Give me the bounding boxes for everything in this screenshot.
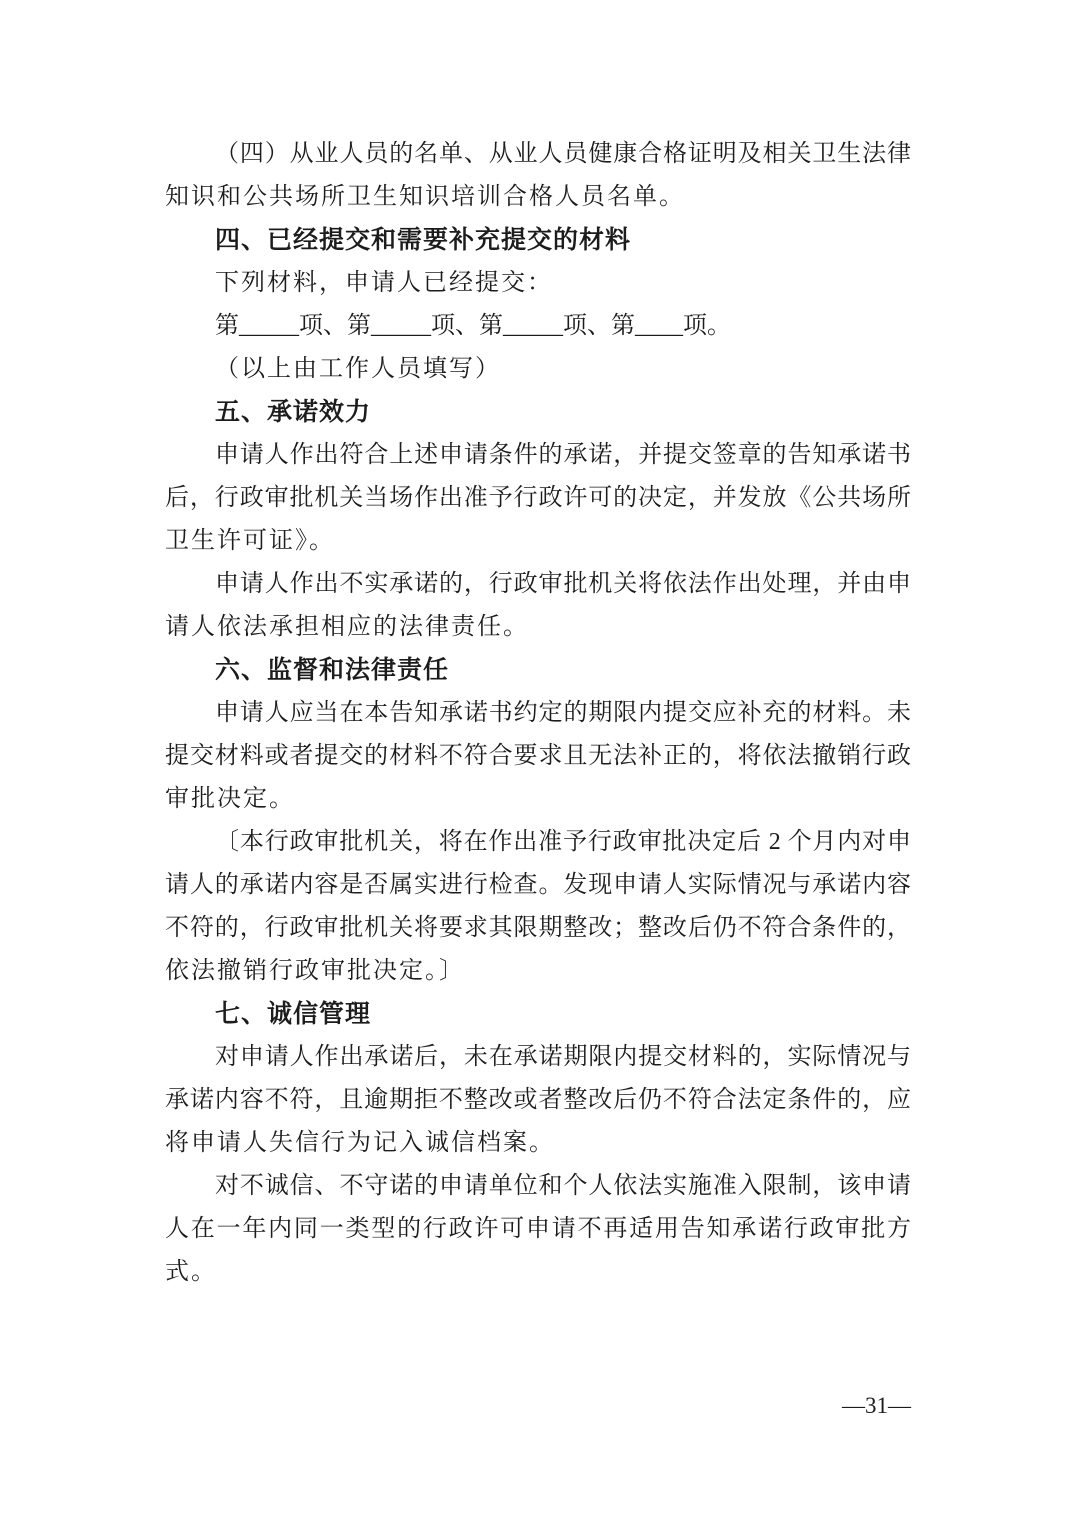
paragraph-item-4-line: （四）从业人员的名单、从业人员健康合格证明及相关卫生法律 (165, 133, 911, 176)
section-heading-7: 七、诚信管理 (165, 993, 911, 1036)
false-commitment-line: 请人依法承担相应的法律责任。 (165, 606, 911, 649)
supervision-line: 申请人应当在本告知承诺书约定的期限内提交应补充的材料。未 (165, 692, 911, 735)
section-heading-5: 五、承诺效力 (165, 391, 911, 434)
fill-in-blanks-line: 第_____项、第_____项、第_____项、第____项。 (165, 305, 911, 348)
staff-fill-note: （以上由工作人员填写） (165, 348, 911, 391)
access-restriction-line: 人在一年内同一类型的行政许可申请不再适用告知承诺行政审批方 (165, 1208, 911, 1251)
inspection-clause-line: 〔本行政审批机关，将在作出准予行政审批决定后 2 个月内对申 (165, 821, 911, 864)
paragraph-item-4-line: 知识和公共场所卫生知识培训合格人员名单。 (165, 176, 911, 219)
document-body: （四）从业人员的名单、从业人员健康合格证明及相关卫生法律 知识和公共场所卫生知识… (165, 133, 911, 1294)
inspection-clause-line: 依法撤销行政审批决定。〕 (165, 950, 911, 993)
integrity-management-line: 将申请人失信行为记入诚信档案。 (165, 1122, 911, 1165)
integrity-management-line: 承诺内容不符，且逾期拒不整改或者整改后仍不符合法定条件的，应 (165, 1079, 911, 1122)
access-restriction-line: 对不诚信、不守诺的申请单位和个人依法实施准入限制，该申请 (165, 1165, 911, 1208)
submitted-materials-intro: 下列材料，申请人已经提交： (165, 262, 911, 305)
commitment-effect-line: 申请人作出符合上述申请条件的承诺，并提交签章的告知承诺书 (165, 434, 911, 477)
access-restriction-line: 式。 (165, 1251, 911, 1294)
page-number: —31— (842, 1384, 911, 1427)
document-page: （四）从业人员的名单、从业人员健康合格证明及相关卫生法律 知识和公共场所卫生知识… (0, 0, 1074, 1520)
supervision-line: 提交材料或者提交的材料不符合要求且无法补正的，将依法撤销行政 (165, 735, 911, 778)
section-heading-6: 六、监督和法律责任 (165, 649, 911, 692)
supervision-line: 审批决定。 (165, 778, 911, 821)
inspection-clause-line: 不符的，行政审批机关将要求其限期整改；整改后仍不符合条件的， (165, 907, 911, 950)
commitment-effect-line: 后，行政审批机关当场作出准予行政许可的决定，并发放《公共场所 (165, 477, 911, 520)
commitment-effect-line: 卫生许可证》。 (165, 520, 911, 563)
section-heading-4: 四、已经提交和需要补充提交的材料 (165, 219, 911, 262)
integrity-management-line: 对申请人作出承诺后，未在承诺期限内提交材料的，实际情况与 (165, 1036, 911, 1079)
false-commitment-line: 申请人作出不实承诺的，行政审批机关将依法作出处理，并由申 (165, 563, 911, 606)
inspection-clause-line: 请人的承诺内容是否属实进行检查。发现申请人实际情况与承诺内容 (165, 864, 911, 907)
